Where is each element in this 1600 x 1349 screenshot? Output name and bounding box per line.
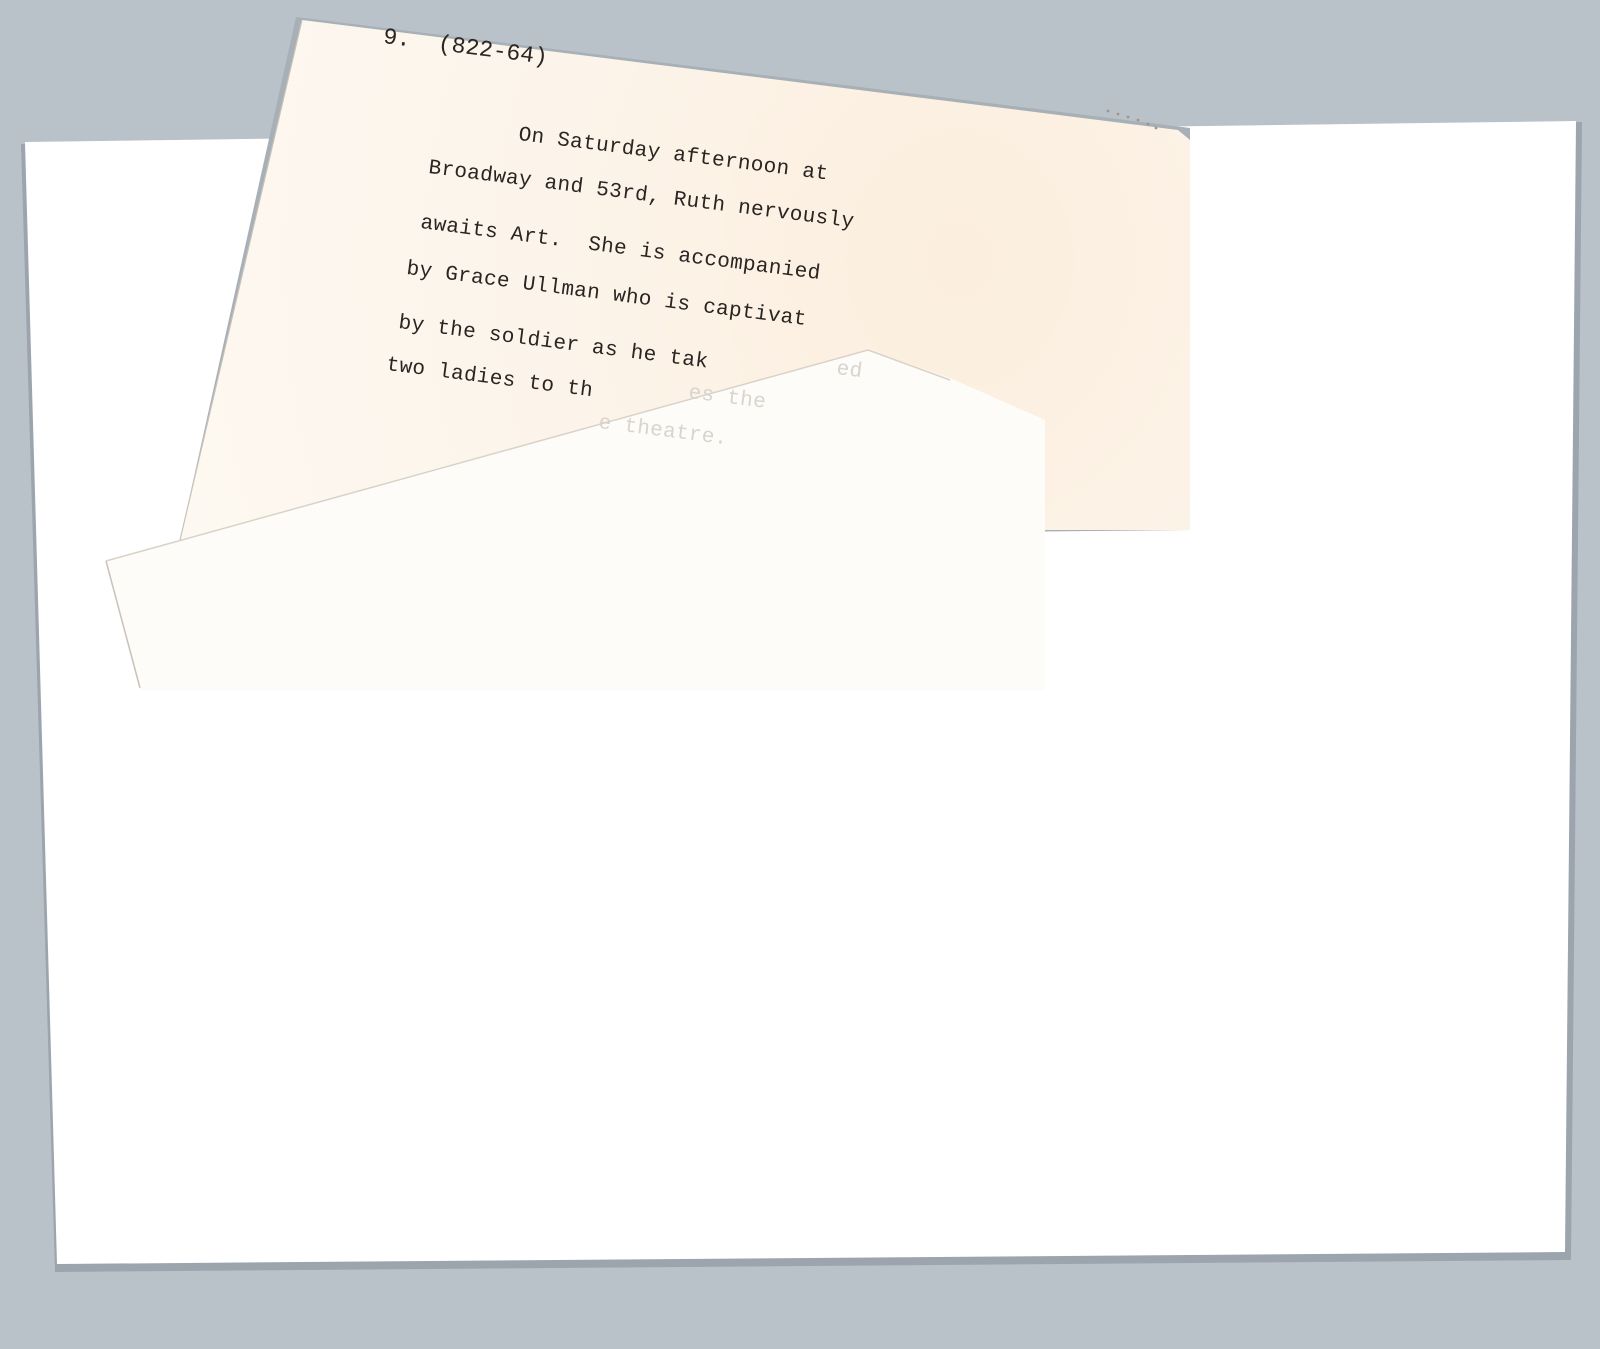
faint-text-1: ed [835, 358, 864, 384]
perforation-edge [1100, 105, 1160, 135]
